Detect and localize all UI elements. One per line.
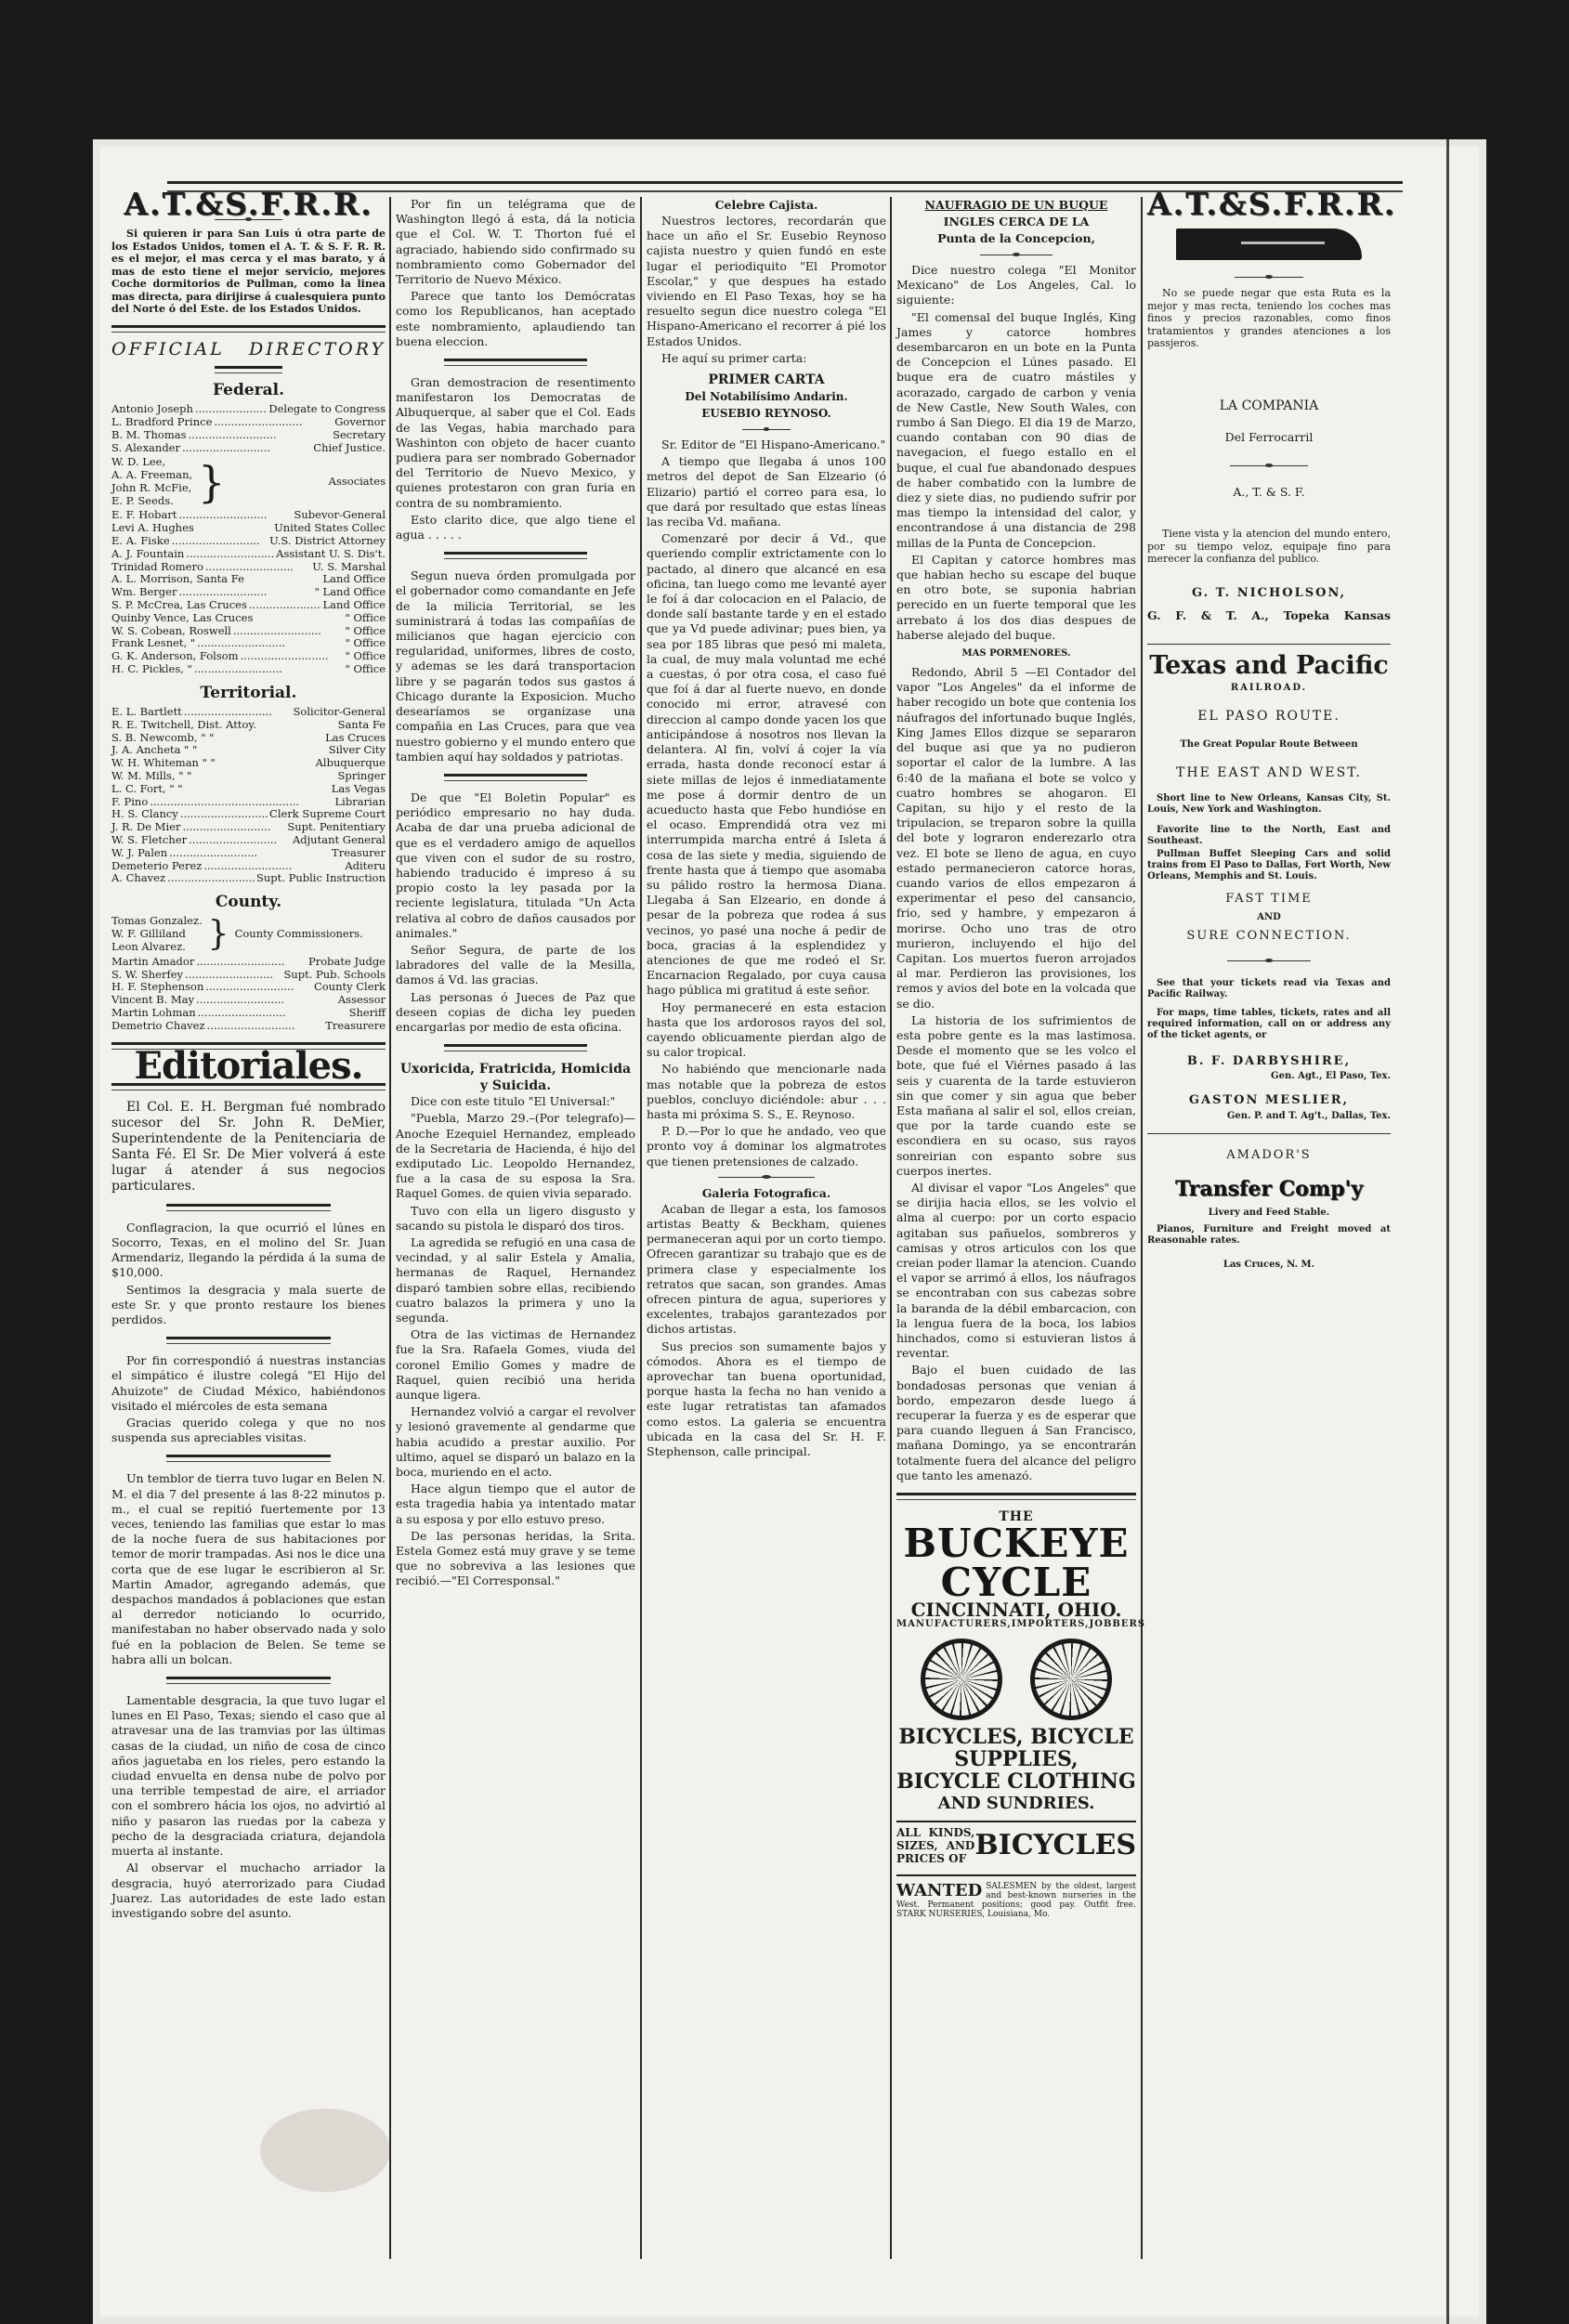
buckeye-cycle-ad: THE BUCKEYE CYCLE CINCINNATI, OHIO. MANU… [896,1509,1136,1919]
federal-heading: Federal. [111,383,386,398]
article-paragraph: La agredida se refugió en una casa de ve… [396,1235,635,1325]
ornament-rule [718,1177,814,1178]
directory-row: J. A. Ancheta " " Silver City [111,744,386,757]
brace-icon: } [208,920,229,948]
article-paragraph: Esto clarito dice, que algo tiene el agu… [396,513,635,542]
article-paragraph: Tuvo con ella un ligero disgusto y sacan… [396,1204,635,1234]
newspaper-page: A.T.&S.F.R.R. Si quieren ir para San Lui… [93,139,1486,2324]
article-paragraph: Hace algun tiempo que el autor de esta t… [396,1482,635,1527]
article-paragraph: Dice con este titulo "El Universal:" [396,1094,635,1109]
article-paragraph: He aquí su primer carta: [647,351,886,366]
directory-row: Martin Lohman..........................S… [111,1007,386,1020]
column-rule [1141,197,1143,2259]
directory-row: Wm. Berger.........................." La… [111,586,386,599]
divider [444,552,588,559]
editorial-paragraph: Sentimos la desgracia y mala suerte de e… [111,1283,386,1328]
town-label: Las Cruces, N. M. [1147,1260,1391,1271]
directory-row: A. Chavez..........................Supt.… [111,872,386,885]
directory-row: Antonio Joseph..........................… [111,403,386,416]
article-paragraph: Las personas ó Jueces de Paz que deseen … [396,990,635,1036]
ad-arc-left: MANUFACTURERS, [896,1617,1012,1632]
ornament-rule [1230,465,1308,466]
agent-title: G. F. & T. A., Topeka Kansas [1147,608,1391,623]
ferrocarril-label: Del Ferrocarril [1147,430,1391,445]
atsf-title: A.T.&S.F.R.R. [1147,197,1391,212]
article-paragraph: Comenzaré por decir á Vd., que queriendo… [647,531,886,998]
ornament-rule [1227,960,1310,961]
amador-label: AMADOR'S [1147,1148,1391,1163]
and-label: AND [1147,912,1391,923]
agent-2-name: GASTON MESLIER, [1147,1093,1391,1108]
railroad-label: RAILROAD. [1147,683,1391,694]
directory-row: Vincent B. May..........................… [111,994,386,1007]
ad-paragraph: See that your tickets read via Texas and… [1147,978,1391,1000]
article-paragraph: No habiéndo que mencionarle nada mas not… [647,1062,886,1122]
article-paragraph: P. D.—Por lo que he andado, veo que pron… [647,1124,886,1169]
column-5: A.T.&S.F.R.R. No se puede negar que esta… [1147,197,1391,1271]
divider [444,774,588,781]
directory-row: S. P. McCrea, Las Cruces................… [111,599,386,612]
sure-connection: SURE CONNECTION. [1147,929,1391,944]
atsf-short: A., T. & S. F. [1147,485,1391,500]
divider [166,1455,331,1462]
wanted-ad: WANTED SALESMEN by the oldest, largest a… [896,1874,1136,1919]
agent-2-title: Gen. P. and T. Ag't., Dallas, Tex. [1147,1111,1391,1122]
directory-row: S. B. Newcomb, " " Las Cruces [111,732,386,745]
article-paragraph: Sus precios son sumamente bajos y cómodo… [647,1339,886,1460]
directory-row: W. S. Fletcher..........................… [111,834,386,847]
article-paragraph: Sr. Editor de "El Hispano-Americano." [647,437,886,452]
editorial-paragraph: Lamentable desgracia, la que tuvo lugar … [111,1693,386,1859]
federal-list: Antonio Joseph..........................… [111,403,386,676]
directory-row: E. A. Fiske..........................U.S… [111,535,386,548]
agent-1-name: B. F. DARBYSHIRE, [1147,1054,1391,1069]
column-3: Celebre Cajista. Nuestros lectores, reco… [647,197,886,1461]
ad-line-3: AND SUNDRIES. [896,1793,1136,1815]
texas-pacific-title: Texas and Pacific [1147,659,1391,673]
article-paragraph: Nuestros lectores, recordarán que hace u… [647,214,886,349]
divider [444,1044,588,1051]
county-list: Tomas Gonzalez. W. F. Gilliland Leon Alv… [111,915,386,1032]
directory-row: S. W. Sherfey..........................S… [111,969,386,982]
ad-arc-mid: IMPORTERS, [1012,1617,1090,1632]
column-2: Por fin un telégrama que de Washington l… [396,197,635,1591]
article-paragraph: Hernandez volvió a cargar el revolver y … [396,1404,635,1480]
ornament-rule [742,429,791,430]
ad-paragraph: No se puede negar que esta Ruta es la me… [1147,287,1391,350]
fast-time: FAST TIME [1147,892,1391,907]
ad-paragraph: Tiene vista y la atencion del mundo ente… [1147,528,1391,566]
ad-paragraph: Short line to New Orleans, Kansas City, … [1147,793,1391,816]
livery-label: Livery and Feed Stable. [1147,1208,1391,1219]
ad-paragraph: For maps, time tables, tickets, rates an… [1147,1008,1391,1041]
article-paragraph: Parece que tanto los Demócratas como los… [396,289,635,349]
article-paragraph: Otra de las victimas de Hernandez fue la… [396,1327,635,1403]
directory-row: L. Bradford Prince......................… [111,416,386,429]
county-heading: County. [111,894,386,909]
article-heading: NAUFRAGIO DE UN BUQUE [896,197,1136,214]
article-heading: INGLES CERCA DE LA [896,214,1136,230]
directory-row: W. M. Mills, " " Springer [111,770,386,783]
ad-kinds: ALL KINDS, SIZES, AND PRICES OF [896,1826,974,1865]
divider [1147,1133,1391,1135]
column-rule [640,197,642,2259]
letter-author: EUSEBIO REYNOSO. [647,405,886,422]
article-paragraph: Señor Segura, de parte de los labradores… [396,943,635,988]
directory-row: G. K. Anderson, Folsom..................… [111,650,386,663]
article-paragraph: Acaban de llegar a esta, los famosos art… [647,1202,886,1338]
compania-title: LA COMPANIA [1147,398,1391,413]
article-paragraph: Hoy permaneceré en esta estacion hasta q… [647,1000,886,1061]
agent-name: G. T. NICHOLSON, [1147,586,1391,601]
directory-row: H. C. Pickles, "........................… [111,663,386,676]
directory-row: Martin Amador..........................P… [111,956,386,969]
editorial-paragraph: Por fin correspondió á nuestras instanci… [111,1353,386,1414]
commissioners-group: Tomas Gonzalez. W. F. Gilliland Leon Alv… [111,915,386,953]
article-paragraph: Dice nuestro colega "El Monitor Mexicano… [896,263,1136,308]
directory-row: A. J. Fountain..........................… [111,548,386,561]
divider [215,366,283,373]
directory-row: H. S. Clancy..........................Cl… [111,808,386,821]
bicycle-icon [896,1639,1136,1720]
directory-row: R. E. Twitchell, Dist. Attoy. Santa Fe [111,719,386,732]
agent-1-title: Gen. Agt., El Paso, Tex. [1147,1071,1391,1082]
article-heading: Galeria Fotografica. [647,1185,886,1202]
popular-route: The Great Popular Route Between [1147,739,1391,751]
directory-row: Quinby Vence, Las Cruces " Office [111,612,386,625]
directory-row: Demeterio Perez.........................… [111,860,386,873]
directory-row: Levi A. Hughes United States Collec [111,522,386,535]
article-paragraph: Segun nueva órden promulgada por el gobe… [396,568,635,764]
divider [444,359,588,366]
directory-row: L. C. Fort, " " Las Vegas [111,783,386,796]
territorial-heading: Territorial. [111,685,386,700]
train-icon [1176,228,1362,260]
transfer-company-title: Transfer Comp'y [1147,1182,1391,1196]
ad-company-name: BUCKEYE CYCLE [896,1524,1136,1602]
directory-title: OFFICIAL DIRECTORY [111,342,386,357]
atsf-title: A.T.&S.F.R.R. [111,197,386,212]
editorial-paragraph: Al observar el muchacho arriador la desg… [111,1861,386,1921]
divider [896,1493,1136,1500]
directory-row: J. R. De Mier..........................S… [111,821,386,834]
divider [166,1677,331,1684]
territorial-list: E. L. Bartlett..........................… [111,706,386,885]
directory-row: Demetrio Chavez.........................… [111,1020,386,1033]
article-paragraph: Redondo, Abril 5 —El Contador del vapor … [896,665,1136,1012]
page-edge [1446,139,1449,2324]
column-1: A.T.&S.F.R.R. Si quieren ir para San Lui… [111,197,386,1923]
article-paragraph: Al divisar el vapor "Los Angeles" que se… [896,1181,1136,1361]
ad-city: CINCINNATI, OHIO. [896,1602,1136,1617]
ad-paragraph: Pullman Buffet Sleeping Cars and solid t… [1147,849,1391,882]
article-paragraph: Por fin un telégrama que de Washington l… [396,197,635,287]
article-paragraph: El Capitan y catorce hombres mas que hab… [896,553,1136,643]
article-paragraph: De las personas heridas, la Srita. Estel… [396,1529,635,1589]
article-heading: Punta de la Concepcion, [896,230,1136,247]
atsf-ad-text: Si quieren ir para San Luis ú otra parte… [111,228,386,316]
article-paragraph: Bajo el buen cuidado de las bondadosas p… [896,1363,1136,1483]
directory-row: E. L. Bartlett..........................… [111,706,386,719]
article-paragraph: "El comensal del buque Inglés, King Jame… [896,310,1136,551]
editoriales-title: Editoriales. [111,1059,386,1074]
directory-row: F. Pino.................................… [111,796,386,809]
directory-row: S. Alexander..........................Ch… [111,442,386,455]
wanted-label: WANTED [896,1882,982,1900]
paper-stain [260,2109,390,2192]
article-paragraph: La historia de los sufrimientos de esta … [896,1013,1136,1179]
directory-row: E. F. Hobart..........................Su… [111,509,386,522]
ad-bicycles: BICYCLES [974,1838,1136,1853]
brace-icon: } [198,463,225,501]
article-paragraph: De que "El Boletin Popular" es periódico… [396,790,635,941]
letter-subtitle: Del Notabilísimo Andarin. [647,388,886,405]
article-heading: Uxoricida, Fratricida, Homicida y Suicid… [396,1061,635,1094]
divider [111,325,386,333]
directory-row: H. F. Stephenson........................… [111,981,386,994]
east-west: THE EAST AND WEST. [1147,765,1391,780]
divider [166,1204,331,1211]
ornament-rule [1235,277,1302,278]
column-rule [389,197,391,2259]
directory-row: W. J. Palen..........................Tre… [111,847,386,860]
ad-arc-right: JOBBERS [1090,1617,1146,1632]
ad-paragraph: Favorite line to the North, East and Sou… [1147,825,1391,847]
ornament-rule [980,255,1052,255]
letter-title: PRIMER CARTA [647,372,886,388]
ad-paragraph: Pianos, Furniture and Freight moved at R… [1147,1224,1391,1247]
ad-line-2: BICYCLE CLOTHING [896,1770,1136,1793]
divider [166,1337,331,1344]
article-paragraph: "Puebla, Marzo 29.–(Por telegrafo)—Anoch… [396,1111,635,1201]
directory-row: B. M. Thomas..........................Se… [111,429,386,442]
editorial-paragraph: El Col. E. H. Bergman fué nombrado suces… [111,1100,386,1195]
editorial-paragraph: Un temblor de tierra tuvo lugar en Belen… [111,1471,386,1667]
article-heading: Celebre Cajista. [647,197,886,214]
column-rule [890,197,892,2259]
ad-line-1: BICYCLES, BICYCLE SUPPLIES, [896,1726,1136,1770]
article-paragraph: A tiempo que llegaba á unos 100 metros d… [647,454,886,529]
directory-row: Trinidad Romero.........................… [111,561,386,574]
directory-row: A. L. Morrison, Santa Fe Land Office [111,573,386,586]
column-4: NAUFRAGIO DE UN BUQUE INGLES CERCA DE LA… [896,197,1136,1919]
associates-group: W. D. Lee, A. A. Freeman, John R. McFie,… [111,456,386,507]
directory-row: W. S. Cobean, Roswell...................… [111,625,386,638]
ornament-rule [215,219,283,220]
editorial-paragraph: Conflagracion, la que ocurrió el lúnes e… [111,1221,386,1281]
article-paragraph: Gran demostracion de resentimento manife… [396,375,635,511]
subheading: MAS PORMENORES. [896,648,1136,659]
route-label: EL PASO ROUTE. [1147,709,1391,724]
divider [1147,644,1391,646]
editorial-paragraph: Gracias querido colega y que no nos susp… [111,1416,386,1445]
directory-row: W. H. Whiteman " " Albuquerque [111,757,386,770]
directory-row: Frank Lesnet, ".........................… [111,637,386,650]
